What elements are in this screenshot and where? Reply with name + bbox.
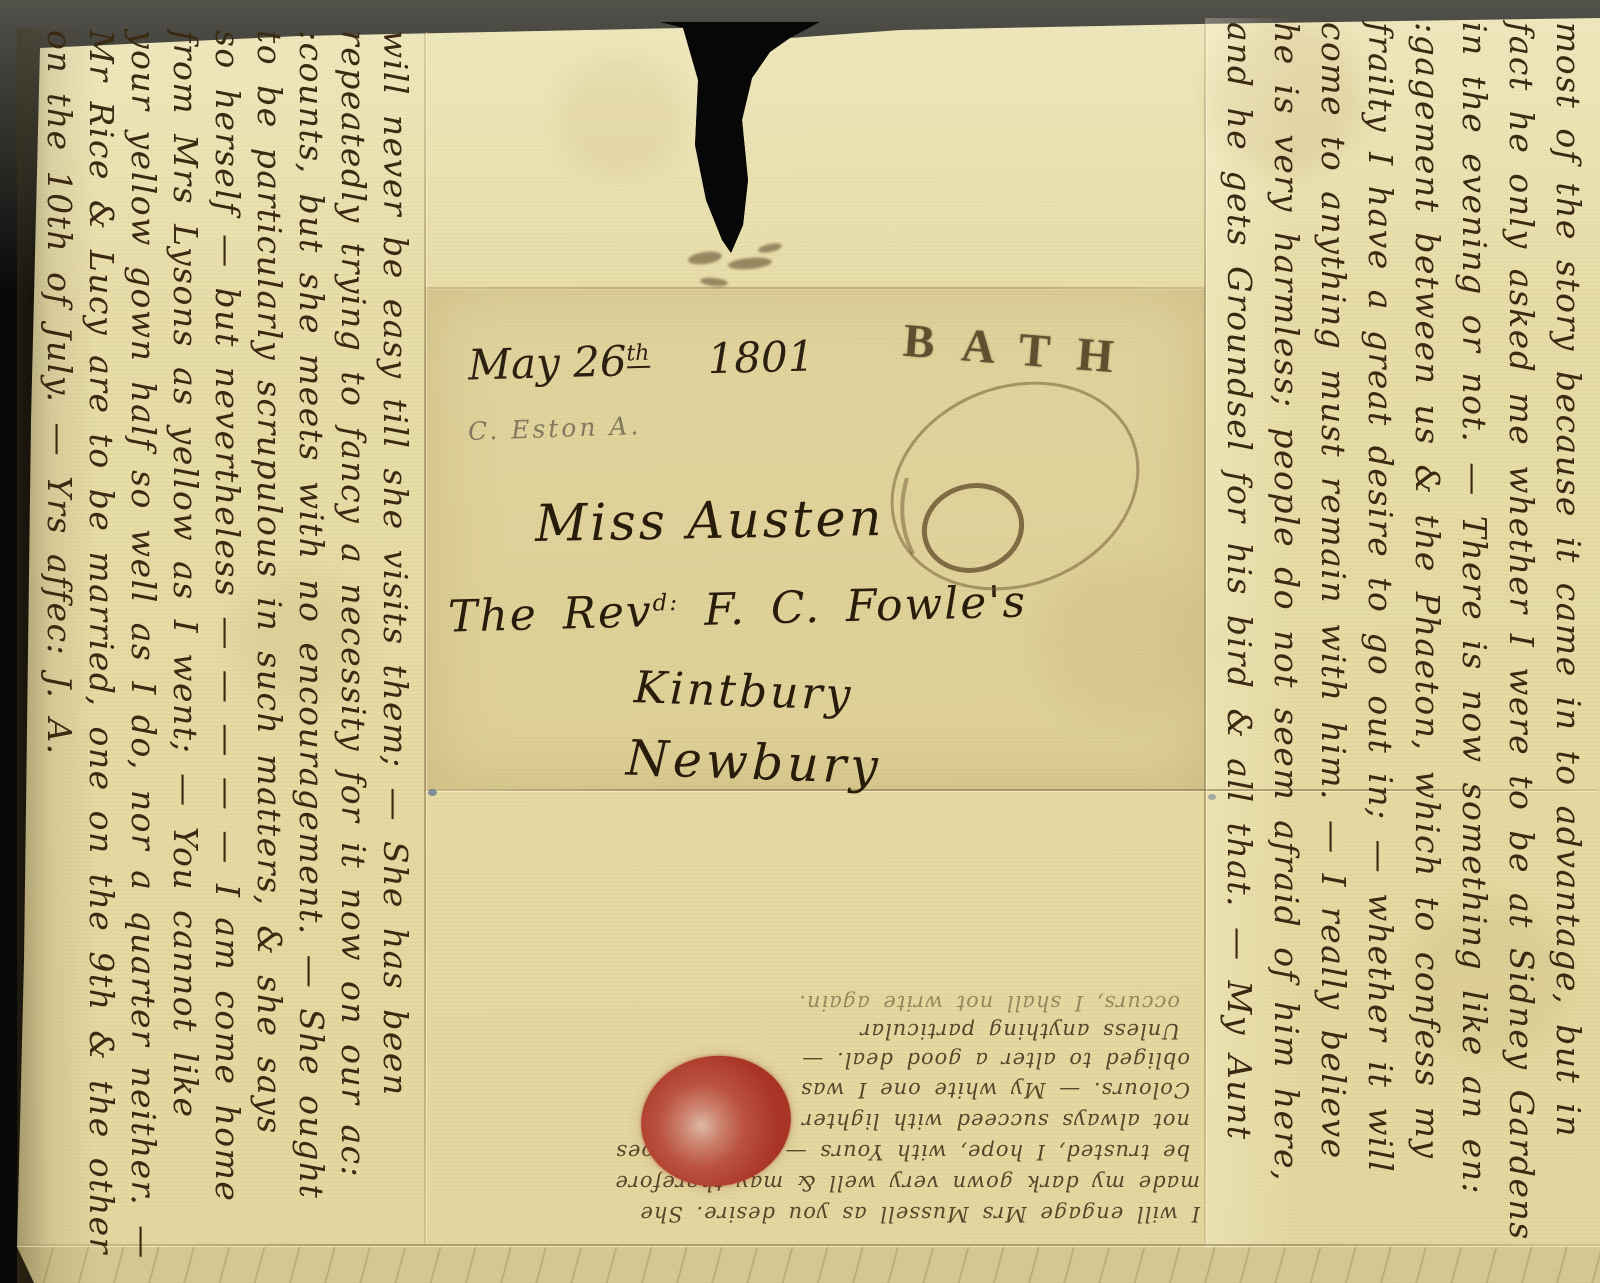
right-column-line: he is very harmless; people do not seem …: [1263, 22, 1310, 1248]
right-column-line: :gagement between us & the Phaeton, whic…: [1404, 22, 1451, 1248]
left-column-line: to be particularly scrupulous in such ma…: [248, 30, 290, 1240]
date-ordinal: th: [626, 341, 650, 369]
address-care-of-prefix: The Rev: [447, 586, 653, 642]
left-column-line: from Mrs Lysons as yellow as I went; — Y…: [164, 30, 206, 1240]
left-column-line: repeatedly trying to fancy a necessity f…: [332, 30, 374, 1240]
postage-rate-stamp-icon: [855, 358, 1185, 628]
inverted-line: made my dark gown very well & may theref…: [462, 1169, 1200, 1195]
inverted-line: Unless anything particular: [530, 1017, 1180, 1043]
left-column-line: will never be easy till she visits them;…: [374, 30, 416, 1240]
inverted-line: be trusted, I hope, with Yours — but she…: [470, 1138, 1190, 1164]
address-recipient: Miss Austen: [535, 489, 885, 554]
inverted-line: not always succeed with lighter: [490, 1107, 1190, 1133]
left-column-line: on the 10th of July. — Yrs affec: J. A.: [38, 30, 80, 1240]
blue-fiber-speck: [428, 789, 437, 796]
right-column-line: in the evening or not. — There is now so…: [1451, 22, 1498, 1248]
address-town: Newbury: [625, 730, 883, 796]
inverted-line: Colours. — My white one I was: [500, 1076, 1190, 1102]
postage-rate-value: 6: [0, 0, 1, 1]
left-column-line: Mr Rice & Lucy are to be married, one on…: [80, 30, 122, 1240]
date-year: 1801: [707, 331, 815, 383]
inverted-line: I will engage Mrs Mussell as you desire.…: [455, 1200, 1200, 1226]
left-column-line: so herself — but nevertheless — — — — — …: [206, 30, 248, 1240]
left-margin-column: will never be easy till she visits them;…: [30, 30, 420, 1240]
address-care-of-superscript: d:: [652, 590, 679, 617]
date-line: May 26th1801: [467, 331, 815, 389]
right-column-line: frailty I have a great desire to go out …: [1357, 22, 1404, 1248]
pencil-annotation: C. Eston A.: [468, 411, 642, 446]
right-margin-column: most of the story because it came in to …: [1206, 22, 1598, 1248]
left-column-line: :counts, but she meets with no encourage…: [290, 30, 332, 1240]
right-column-line: most of the story because it came in to …: [1545, 22, 1592, 1248]
right-column-line: fact he only asked me whether I were to …: [1498, 22, 1545, 1248]
left-column-line: your yellow gown half so well as I do, n…: [122, 30, 164, 1240]
letter-scan: BATH 6 May 26th1801 C. Eston A. Miss Aus…: [0, 0, 1600, 1283]
date-day: May 26: [467, 336, 627, 389]
inverted-line: occurs, I shall not write again.: [540, 989, 1180, 1015]
right-column-line: and he gets Groundsel for his bird & all…: [1216, 22, 1263, 1248]
address-village: Kintbury: [633, 662, 854, 721]
inverted-line: obliged to alter a good deal. —: [510, 1046, 1190, 1072]
right-column-line: come to anything must remain with him. —…: [1310, 22, 1357, 1248]
